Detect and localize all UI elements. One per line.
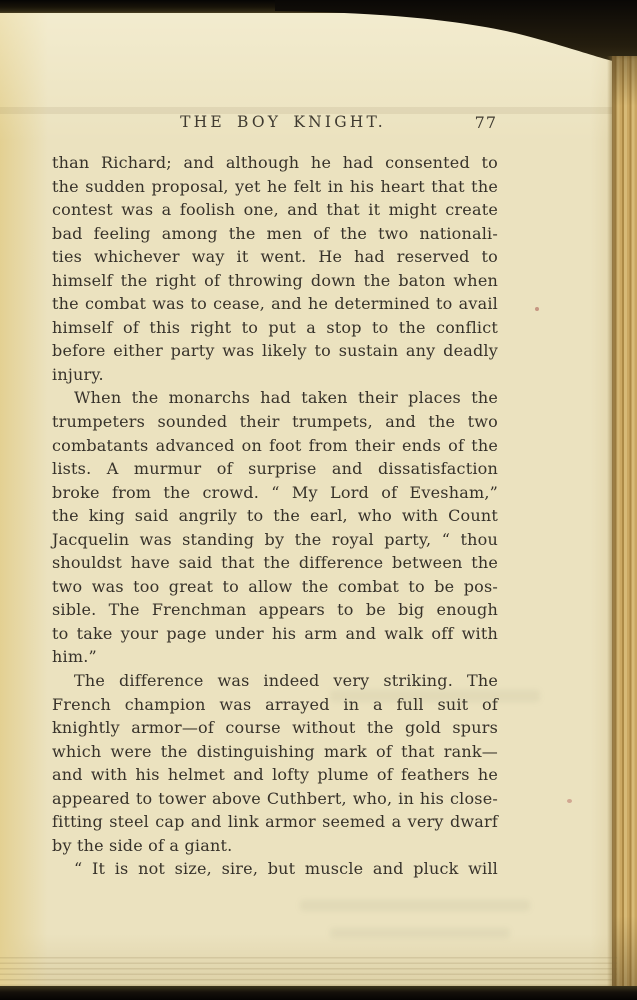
text-line: himself of this right to put a stop to t… xyxy=(52,316,498,340)
text-line: before either party was likely to sustai… xyxy=(52,339,498,363)
text-line: fitting steel cap and link armor seemed … xyxy=(52,810,498,834)
text-line: himself the right of throwing down the b… xyxy=(52,269,498,293)
running-header-title: THE BOY KNIGHT. xyxy=(52,113,498,131)
text-line: trumpeters sounded their trumpets, and t… xyxy=(52,410,498,434)
text-line: the combat was to cease, and he determin… xyxy=(52,292,498,316)
text-line: than Richard; and although he had consen… xyxy=(52,151,498,175)
text-line: contest was a foolish one, and that it m… xyxy=(52,198,498,222)
text-line: bad feeling among the men of the two nat… xyxy=(52,222,498,246)
text-line: by the side of a giant. xyxy=(52,834,498,858)
scan-edge-top-right-wedge xyxy=(275,0,637,70)
paper-speck xyxy=(535,307,539,311)
text-block: than Richard; and although he had consen… xyxy=(52,151,498,881)
text-line: which were the distinguishing mark of th… xyxy=(52,740,498,764)
text-line: him.” xyxy=(52,645,498,669)
paper-speck xyxy=(567,799,572,803)
text-line: injury. xyxy=(52,363,498,387)
text-line: sible. The Frenchman appears to be big e… xyxy=(52,598,498,622)
bottom-page-stack-edges xyxy=(0,957,617,987)
text-line: knightly armor—of course without the gol… xyxy=(52,716,498,740)
text-line: to take your page under his arm and walk… xyxy=(52,622,498,646)
book-fore-edge xyxy=(612,56,637,992)
text-line: ties whichever way it went. He had reser… xyxy=(52,245,498,269)
text-line: the king said angrily to the earl, who w… xyxy=(52,504,498,528)
verso-show-through xyxy=(300,900,530,911)
text-line: When the monarchs had taken their places… xyxy=(52,386,498,410)
text-line: lists. A murmur of surprise and dissatis… xyxy=(52,457,498,481)
text-line: two was too great to allow the combat to… xyxy=(52,575,498,599)
text-line: broke from the crowd. “ My Lord of Evesh… xyxy=(52,481,498,505)
text-line: Jacquelin was standing by the royal part… xyxy=(52,528,498,552)
text-line: the sudden proposal, yet he felt in his … xyxy=(52,175,498,199)
running-header: THE BOY KNIGHT. 77 xyxy=(52,113,498,135)
scan-edge-bottom xyxy=(0,986,637,1000)
verso-show-through xyxy=(330,690,540,702)
text-line: shouldst have said that the difference b… xyxy=(52,551,498,575)
text-line: appeared to tower above Cuthbert, who, i… xyxy=(52,787,498,811)
text-line: and with his helmet and lofty plume of f… xyxy=(52,763,498,787)
page-number: 77 xyxy=(475,113,497,132)
text-line: combatants advanced on foot from their e… xyxy=(52,434,498,458)
text-line: “ It is not size, sire, but muscle and p… xyxy=(52,857,498,881)
verso-show-through xyxy=(330,928,510,938)
